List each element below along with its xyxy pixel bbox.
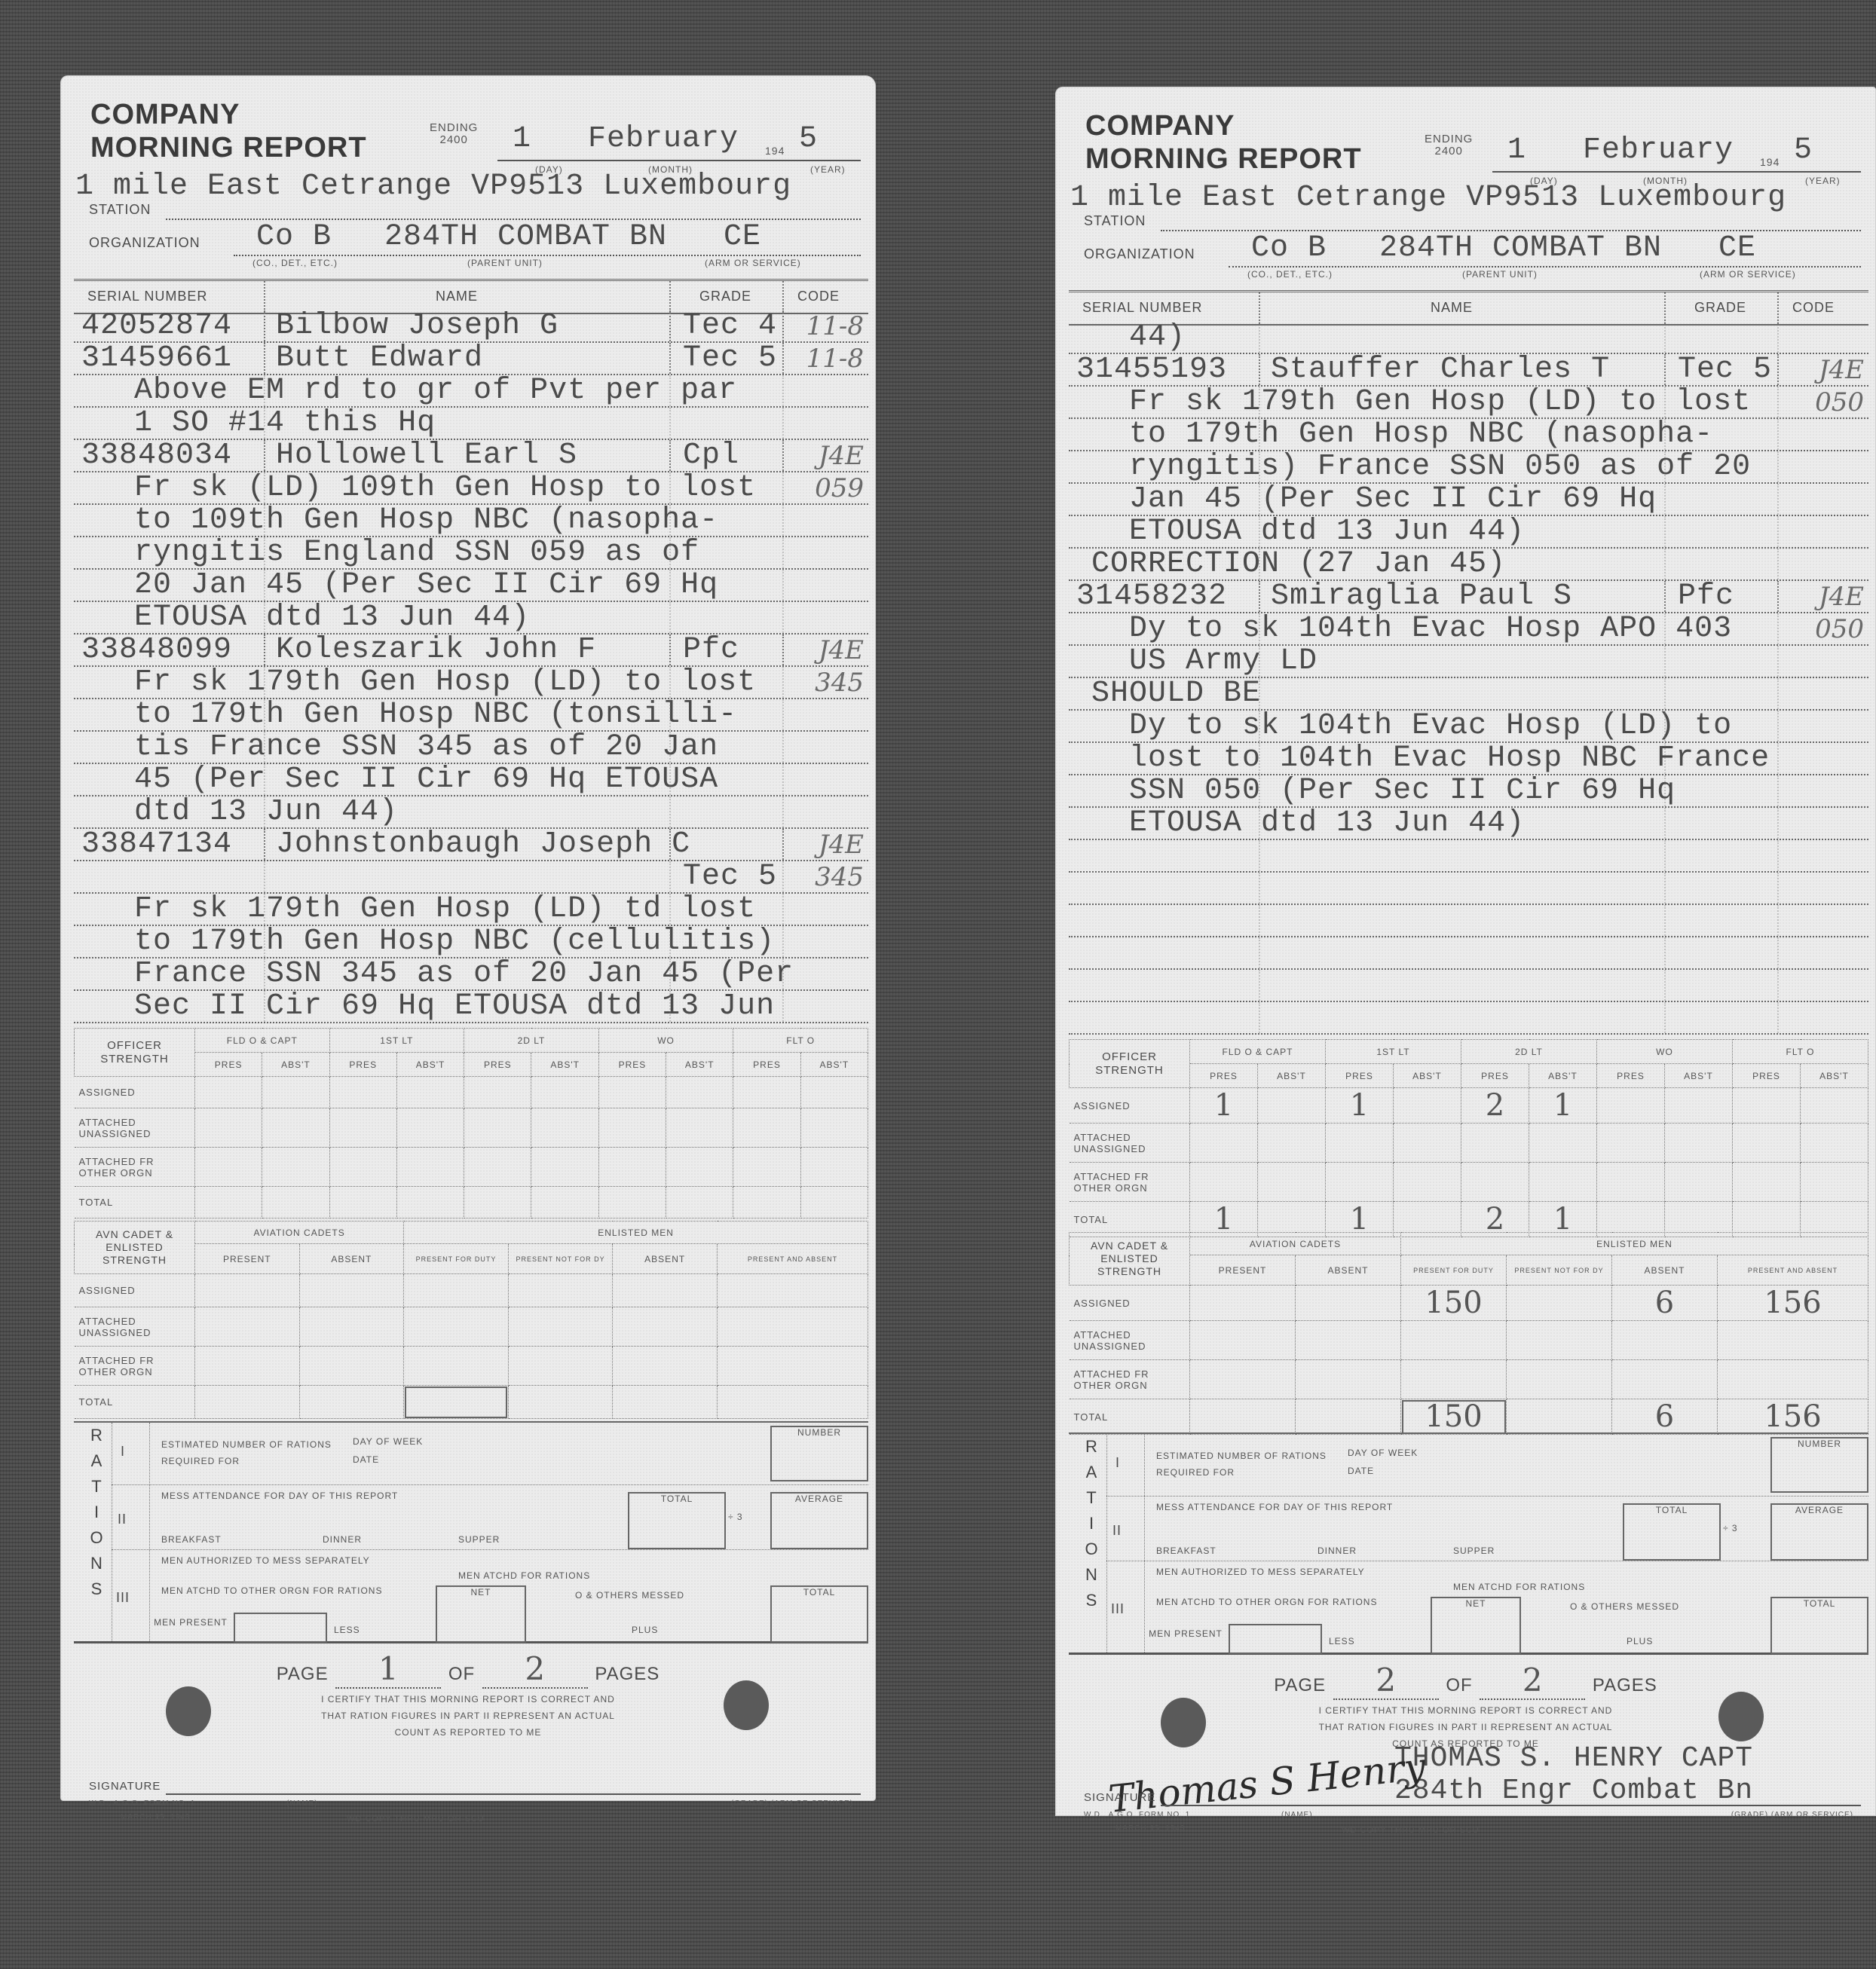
plus-label: PLUS [1627, 1636, 1653, 1646]
ending-label-1: ENDING [430, 122, 478, 134]
officer-count [666, 1108, 733, 1148]
officer-row-label: ASSIGNED [1070, 1088, 1190, 1124]
form-title: COMPANY MORNING REPORT [90, 98, 367, 164]
enlisted-grid: AVN CADET & ENLISTED STRENGTHAVIATION CA… [1069, 1232, 1868, 1435]
entry-row: tis France SSN 345 as of 20 Jan [74, 732, 868, 764]
enlisted-count: 6 [1612, 1399, 1718, 1435]
officer-count [1394, 1163, 1461, 1202]
officer-count [195, 1108, 262, 1148]
remark-text: France SSN 345 as of 20 Jan 45 (Per [96, 959, 794, 990]
number-label: NUMBER [1772, 1439, 1867, 1449]
remark-text: Fr sk 179th Gen Hosp (LD) td lost [96, 894, 756, 925]
enlisted-count [1507, 1321, 1612, 1360]
enlisted-col-header: PRESENT [1190, 1255, 1296, 1286]
section-i-label: I [1116, 1455, 1120, 1471]
enlisted-grid: AVN CADET & ENLISTED STRENGTHAVIATION CA… [74, 1221, 868, 1419]
entry-row: ryngitis) France SSN 050 as of 20 [1069, 451, 1868, 484]
enlisted-col-header: ABSENT [299, 1244, 404, 1274]
remark-text: SHOULD BE [1091, 678, 1261, 710]
date-label: DATE [1348, 1466, 1374, 1476]
entry-row: 42052874Bilbow Joseph GTec 411-8 [74, 310, 868, 343]
grade: Tec 5 [683, 861, 777, 893]
net-box[interactable]: NET [1431, 1597, 1521, 1654]
entry-row [1069, 970, 1868, 1002]
remark-text: Jan 45 (Per Sec II Cir 69 Hq [1091, 484, 1657, 515]
serial-number: 33848034 [81, 440, 232, 472]
org-company: Co B [256, 220, 332, 254]
dinner-label: DINNER [1317, 1546, 1357, 1556]
enlisted-count: 150 [1401, 1286, 1507, 1321]
enlisted-count: 150 [1401, 1399, 1507, 1435]
dinner-label: DINNER [323, 1534, 362, 1545]
date-year-value: 5 [1794, 133, 1813, 167]
pages-label: PAGES [1593, 1675, 1657, 1695]
enlisted-count [195, 1274, 300, 1307]
officer-sub-header: ABS'T [531, 1053, 598, 1077]
entry-row: Fr sk 179th Gen Hosp (LD) td lost [74, 894, 868, 926]
org-arm: CE [724, 220, 761, 254]
enlisted-count [195, 1347, 300, 1386]
officer-sub-header: PRES [464, 1053, 531, 1077]
officer-sub-header: ABS'T [800, 1053, 868, 1077]
rations-section: RATIONSIESTIMATED NUMBER OF RATIONS REQU… [74, 1421, 868, 1643]
entry-row: 1 SO #14 this Hq [74, 408, 868, 440]
officer-count [1597, 1088, 1665, 1124]
entries-header: SERIAL NUMBER NAME GRADE CODE [1069, 290, 1868, 326]
grade: Pfc [683, 634, 739, 666]
station-label: STATION [89, 202, 151, 218]
officer-group-header: FLT O [733, 1029, 868, 1053]
certify-line-2: THAT RATION FIGURES IN PART II REPRESENT… [60, 1708, 876, 1724]
entry-row: 33848099Koleszarik John FPfcJ4E [74, 634, 868, 667]
officer-count [262, 1108, 329, 1148]
certify-line-1: I CERTIFY THAT THIS MORNING REPORT IS CO… [60, 1691, 876, 1708]
officer-count [800, 1187, 868, 1218]
org-arm: CE [1718, 231, 1756, 265]
officer-count [733, 1148, 800, 1187]
entry-row: Dy to sk 104th Evac Hosp APO 403050 [1069, 613, 1868, 646]
total-label: TOTAL [1772, 1598, 1867, 1609]
officer-count [1394, 1124, 1461, 1163]
code-annotation: 050 [1815, 387, 1864, 418]
men-present-box[interactable] [1229, 1624, 1322, 1654]
enlisted-col-header: ABSENT [1612, 1255, 1718, 1286]
officer-count [666, 1148, 733, 1187]
serial-number: 33847134 [81, 829, 232, 861]
officer-sub-header: ABS'T [1258, 1064, 1326, 1088]
mess-attendance-label: MESS ATTENDANCE FOR DAY OF THIS REPORT [161, 1491, 398, 1501]
men-present-label: MEN PRESENT [149, 1617, 232, 1628]
grade-sublabel: (GRADE) (ARM OR SERVICE) [1731, 1811, 1853, 1819]
grade: Pfc [1678, 581, 1734, 613]
men-present-label: MEN PRESENT [1144, 1628, 1227, 1639]
enlisted-col-header: PRESENT FOR DUTY [1401, 1255, 1507, 1286]
entry-row [1069, 905, 1868, 937]
officer-row-label: ATTACHED UNASSIGNED [75, 1108, 195, 1148]
officer-count [195, 1148, 262, 1187]
officer-sub-header: PRES [1461, 1064, 1529, 1088]
officer-group-header: FLD O & CAPT [1190, 1040, 1326, 1064]
estimated-rations-label: ESTIMATED NUMBER OF RATIONS REQUIRED FOR [161, 1436, 335, 1469]
signature-label: SIGNATURE [1084, 1791, 1155, 1804]
date-year-value: 5 [799, 122, 818, 156]
signer-name: THOMAS S. HENRY CAPT [1394, 1742, 1753, 1775]
officer-count [598, 1108, 666, 1148]
grade-sublabel: (GRADE) (ARM OR SERVICE) [731, 1799, 853, 1808]
serial-number: 42052874 [81, 310, 232, 342]
remark-text: ETOUSA dtd 13 Jun 44) [1091, 516, 1525, 548]
enlisted-count [718, 1274, 868, 1307]
date-label: DATE [353, 1454, 379, 1465]
date-month-value: February [588, 122, 739, 156]
rations-letter: N [1076, 1562, 1106, 1588]
rations-letter: I [1076, 1511, 1106, 1536]
officer-count [1190, 1163, 1258, 1202]
enlisted-col-header: PRESENT AND ABSENT [718, 1244, 868, 1274]
officer-count [1258, 1163, 1326, 1202]
enlisted-count [1190, 1360, 1296, 1399]
officer-sub-header: PRES [1326, 1064, 1394, 1088]
officer-count [396, 1077, 464, 1108]
remark-text: ETOUSA dtd 13 Jun 44) [96, 602, 530, 634]
officer-count: 2 [1461, 1088, 1529, 1124]
enlisted-count [1612, 1321, 1718, 1360]
remark-text: ETOUSA dtd 13 Jun 44) [1091, 808, 1525, 839]
certify-line-3: COUNT AS REPORTED TO ME [60, 1724, 876, 1741]
certification-text: I CERTIFY THAT THIS MORNING REPORT IS CO… [60, 1691, 876, 1741]
footer: PAGE 2 OF 2 PAGES I CERTIFY THAT THIS MO… [1055, 1656, 1876, 1816]
officer-count [800, 1077, 868, 1108]
entry-row [1069, 840, 1868, 873]
name-sublabel: (NAME) [286, 1799, 318, 1808]
total-label: TOTAL [1624, 1505, 1719, 1515]
entry-row: US Army LD [1069, 646, 1868, 678]
remark-text: SSN 050 (Per Sec II Cir 69 Hq [1091, 775, 1676, 807]
enlisted-col-header: PRESENT FOR DUTY [404, 1244, 509, 1274]
form-date: MARCH 15, 1943 [1116, 1824, 1185, 1833]
others-messed-label: O & OTHERS MESSED [556, 1590, 684, 1601]
entry-row: Dy to sk 104th Evac Hosp (LD) to [1069, 711, 1868, 743]
entry-row: Fr sk (LD) 109th Gen Hosp to lost059 [74, 472, 868, 505]
code-annotation: 345 [815, 861, 864, 893]
entry-row: France SSN 345 as of 20 Jan 45 (Per [74, 959, 868, 991]
entry-row: 33848034Hollowell Earl SCplJ4E [74, 440, 868, 472]
men-authorized-label: MEN AUTHORIZED TO MESS SEPARATELY [161, 1555, 387, 1566]
organization-line [234, 255, 861, 256]
officer-count [1665, 1163, 1733, 1202]
net-box[interactable]: NET [436, 1585, 526, 1643]
officer-count [1801, 1163, 1868, 1202]
remark-text: CORRECTION (27 Jan 45) [1091, 549, 1506, 580]
of-label: OF [448, 1664, 475, 1684]
soldier-name: Smiraglia Paul S [1271, 581, 1572, 613]
officer-sub-header: ABS'T [396, 1053, 464, 1077]
certify-line-2: THAT RATION FIGURES IN PART II REPRESENT… [1055, 1719, 1876, 1735]
section-ii-label: II [1112, 1523, 1122, 1539]
soldier-name: Koleszarik John F [276, 634, 596, 666]
officer-sub-header: PRES [1733, 1064, 1801, 1088]
rations-total-box[interactable]: TOTAL [770, 1585, 868, 1643]
entry-row: ETOUSA dtd 13 Jun 44) [1069, 516, 1868, 549]
officer-sub-header: PRES [598, 1053, 666, 1077]
form-number: W.D., A.G.O. FORM NO. 1 [89, 1799, 195, 1808]
officer-count [800, 1108, 868, 1148]
officer-count [1665, 1088, 1733, 1124]
enlisted-count [613, 1274, 718, 1307]
officer-count [598, 1148, 666, 1187]
divide-by-three: ÷ 3 [1723, 1523, 1738, 1533]
entry-row: dtd 13 Jun 44) [74, 796, 868, 829]
enlisted-strength-label: AVN CADET & ENLISTED STRENGTH [75, 1221, 195, 1274]
men-authorized-label: MEN AUTHORIZED TO MESS SEPARATELY [1156, 1567, 1382, 1577]
signature-line [166, 1793, 861, 1795]
col-serial-number: SERIAL NUMBER [87, 289, 207, 304]
officer-count [598, 1077, 666, 1108]
serial-number: 33848099 [81, 634, 232, 666]
soldier-name: Stauffer Charles T [1271, 354, 1610, 386]
officer-count [195, 1187, 262, 1218]
officer-count [1597, 1124, 1665, 1163]
officer-count [396, 1148, 464, 1187]
org-company: Co B [1251, 231, 1327, 265]
rations-total-box[interactable]: TOTAL [1770, 1597, 1868, 1654]
soldier-name: Bilbow Joseph G [276, 310, 559, 342]
soldier-name: Butt Edward [276, 343, 483, 375]
entries-list: 42052874Bilbow Joseph GTec 411-831459661… [74, 310, 868, 1023]
pages-label: PAGES [595, 1664, 660, 1684]
enlisted-count [1190, 1321, 1296, 1360]
officer-count [1258, 1088, 1326, 1124]
officer-count [262, 1077, 329, 1108]
enlisted-col-header: PRESENT NOT FOR DY [508, 1244, 613, 1274]
col-code: CODE [1792, 300, 1835, 316]
men-attached-rations-label: MEN ATCHD FOR RATIONS [458, 1570, 590, 1581]
enlisted-count [613, 1347, 718, 1386]
officer-count [733, 1187, 800, 1218]
men-present-box[interactable] [234, 1613, 327, 1643]
remark-text: tis France SSN 345 as of 20 Jan [96, 732, 718, 763]
rations-letter: S [1076, 1588, 1106, 1613]
average-label: AVERAGE [772, 1494, 867, 1504]
morning-report-page-2: COMPANY MORNING REPORT ENDING 2400 1 Feb… [1055, 87, 1876, 1816]
officer-sub-header: ABS'T [1801, 1064, 1868, 1088]
officer-sub-header: PRES [733, 1053, 800, 1077]
average-box[interactable]: AVERAGE [1770, 1503, 1868, 1561]
entry-row: SSN 050 (Per Sec II Cir 69 Hq [1069, 775, 1868, 808]
officer-count [800, 1148, 868, 1187]
enlisted-row-label: ASSIGNED [75, 1274, 195, 1307]
officer-sub-header: ABS'T [666, 1053, 733, 1077]
enlisted-count [299, 1386, 404, 1419]
enlisted-count [299, 1307, 404, 1347]
enlisted-count [508, 1386, 613, 1419]
enlisted-count [1507, 1360, 1612, 1399]
mess-attendance-label: MESS ATTENDANCE FOR DAY OF THIS REPORT [1156, 1502, 1393, 1512]
officer-count [1258, 1124, 1326, 1163]
form-title-line2: MORNING REPORT [1085, 142, 1362, 176]
code-annotation: J4E [819, 829, 864, 861]
enlisted-men-header: ENLISTED MEN [1401, 1233, 1868, 1255]
code-annotation: 345 [815, 667, 864, 699]
officer-count [262, 1187, 329, 1218]
remark-text: US Army LD [1091, 646, 1317, 677]
enlisted-count [613, 1386, 718, 1419]
entry-row: 44) [1069, 322, 1868, 354]
number-box[interactable]: NUMBER [770, 1426, 868, 1481]
men-attached-rations-label: MEN ATCHD FOR RATIONS [1453, 1582, 1585, 1592]
officer-sub-header: PRES [195, 1053, 262, 1077]
remark-text: ryngitis England SSN 059 as of [96, 537, 699, 569]
ending-label-2: 2400 [430, 134, 478, 146]
mess-total-box[interactable]: TOTAL [1623, 1503, 1721, 1561]
enlisted-count: 156 [1718, 1286, 1868, 1321]
officer-row-label: ASSIGNED [75, 1077, 195, 1108]
signature-line [1161, 1805, 1861, 1806]
enlisted-col-header: PRESENT AND ABSENT [1718, 1255, 1868, 1286]
average-box[interactable]: AVERAGE [770, 1492, 868, 1549]
officer-count [531, 1108, 598, 1148]
officer-count [262, 1148, 329, 1187]
officer-group-header: WO [1597, 1040, 1733, 1064]
code-annotation: 059 [815, 472, 864, 504]
others-messed-label: O & OTHERS MESSED [1551, 1601, 1679, 1612]
page-total: 2 [482, 1650, 588, 1689]
grade: Tec 5 [683, 343, 777, 375]
number-box[interactable]: NUMBER [1770, 1437, 1868, 1493]
enlisted-row-label: ATTACHED UNASSIGNED [75, 1307, 195, 1347]
enlisted-row-label: ATTACHED UNASSIGNED [1070, 1321, 1190, 1360]
morning-report-card: COMPANY MORNING REPORT ENDING 2400 1 Feb… [60, 75, 876, 1801]
form-number: W.D., A.G.O. FORM NO. 1 [1084, 1811, 1190, 1819]
page-label: PAGE [277, 1664, 329, 1684]
estimated-rations-label: ESTIMATED NUMBER OF RATIONS REQUIRED FOR [1156, 1448, 1330, 1481]
enlisted-count [404, 1386, 509, 1419]
number-label: NUMBER [772, 1427, 867, 1438]
officer-strength-label: OFFICER STRENGTH [75, 1029, 195, 1077]
enlisted-strength-table: AVN CADET & ENLISTED STRENGTHAVIATION CA… [1069, 1232, 1868, 1435]
org-sub-company: (CO., DET., ETC.) [252, 258, 338, 268]
rations-letter: T [1076, 1485, 1106, 1511]
col-grade: GRADE [699, 289, 751, 304]
enlisted-men-header: ENLISTED MEN [404, 1221, 868, 1244]
wd-copy-note: WD COPY THRU MRU OR SCU [347, 1815, 485, 1824]
rations-letter: A [81, 1448, 112, 1474]
enlisted-count [404, 1274, 509, 1307]
enlisted-count [1190, 1399, 1296, 1435]
section-ii-label: II [118, 1512, 127, 1527]
officer-grid: OFFICER STRENGTHFLD O & CAPT1ST LT2D LTW… [74, 1028, 868, 1218]
entry-row: 31458232Smiraglia Paul SPfcJ4E [1069, 581, 1868, 613]
remark-text: dtd 13 Jun 44) [96, 796, 398, 828]
rations-letter: S [81, 1576, 112, 1602]
name-sublabel: (NAME) [1281, 1811, 1313, 1819]
officer-row-label: TOTAL [75, 1187, 195, 1218]
entries-list: 44)31455193Stauffer Charles TTec 5J4E Fr… [1069, 322, 1868, 1035]
form-title-line1: COMPANY [90, 98, 367, 131]
soldier-name: Johnstonbaugh Joseph C [276, 829, 690, 861]
officer-count [396, 1187, 464, 1218]
rations-letter: R [81, 1423, 112, 1448]
serial-number: 31459661 [81, 343, 232, 375]
supper-label: SUPPER [1453, 1546, 1495, 1556]
enlisted-count [1401, 1360, 1507, 1399]
day-of-week-label: DAY OF WEEK [1348, 1448, 1418, 1458]
date-sub-year: (YEAR) [810, 164, 846, 175]
officer-group-header: 2D LT [464, 1029, 599, 1053]
officer-strength-table: OFFICER STRENGTHFLD O & CAPT1ST LT2D LTW… [1069, 1039, 1868, 1237]
code-annotation: 050 [1815, 613, 1864, 645]
enlisted-row-label: ATTACHED FR OTHER ORGN [1070, 1360, 1190, 1399]
date-day-value: 1 [1507, 133, 1526, 167]
entry-row: ryngitis England SSN 059 as of [74, 537, 868, 570]
aviation-cadets-header: AVIATION CADETS [1190, 1233, 1401, 1255]
net-label: NET [1432, 1598, 1519, 1609]
mess-total-box[interactable]: TOTAL [628, 1492, 726, 1549]
officer-count [1461, 1124, 1529, 1163]
entry-row: CORRECTION (27 Jan 45) [1069, 549, 1868, 581]
serial-number: 31458232 [1076, 581, 1227, 613]
officer-count [1394, 1088, 1461, 1124]
officer-sub-header: PRES [1190, 1064, 1258, 1088]
officer-count [396, 1108, 464, 1148]
officer-count [531, 1187, 598, 1218]
station-value: 1 mile East Cetrange VP9513 Luxembourg [75, 170, 791, 203]
org-parent-unit: 284TH COMBAT BN [1379, 231, 1662, 265]
officer-sub-header: ABS'T [1529, 1064, 1597, 1088]
remark-text: lost to 104th Evac Hosp NBC France [1091, 743, 1770, 775]
entry-row: SHOULD BE [1069, 678, 1868, 711]
remark-text: ryngitis) France SSN 050 as of 20 [1091, 451, 1751, 483]
page-label: PAGE [1274, 1675, 1326, 1695]
entry-row: Tec 5345 [74, 861, 868, 894]
enlisted-row-label: ATTACHED FR OTHER ORGN [75, 1347, 195, 1386]
enlisted-count [404, 1347, 509, 1386]
officer-group-header: 1ST LT [329, 1029, 464, 1053]
enlisted-count [1296, 1360, 1401, 1399]
officer-count [1801, 1088, 1868, 1124]
enlisted-count [1190, 1286, 1296, 1321]
col-name: NAME [1431, 300, 1473, 316]
officer-count [1733, 1124, 1801, 1163]
remark-text: 44) [1091, 322, 1186, 353]
officer-sub-header: ABS'T [1394, 1064, 1461, 1088]
officer-strength-table: OFFICER STRENGTHFLD O & CAPT1ST LT2D LTW… [74, 1028, 868, 1218]
remark-text: to 179th Gen Hosp NBC (cellulitis) [96, 926, 775, 958]
officer-count [598, 1187, 666, 1218]
enlisted-count: 156 [1718, 1399, 1868, 1435]
entry-row: lost to 104th Evac Hosp NBC France [1069, 743, 1868, 775]
remark-text: to 179th Gen Hosp NBC (nasopha- [1091, 419, 1713, 451]
remark-text: 1 SO #14 this Hq [96, 408, 436, 439]
officer-count [733, 1077, 800, 1108]
officer-row-label: ATTACHED FR OTHER ORGN [75, 1148, 195, 1187]
date-line [1492, 171, 1861, 173]
entry-row: to 179th Gen Hosp NBC (tonsilli- [74, 699, 868, 732]
organization-label: ORGANIZATION [1084, 246, 1195, 262]
page-number: 1 [335, 1650, 441, 1689]
officer-count [464, 1187, 531, 1218]
officer-row-label: ATTACHED FR OTHER ORGN [1070, 1163, 1190, 1202]
breakfast-label: BREAKFAST [161, 1534, 222, 1545]
grade: Tec 4 [683, 310, 777, 342]
col-grade: GRADE [1694, 300, 1746, 316]
enlisted-count [404, 1307, 509, 1347]
of-label: OF [1446, 1675, 1472, 1695]
form-title-line1: COMPANY [1085, 109, 1362, 142]
less-label: LESS [1329, 1636, 1355, 1646]
enlisted-count [1296, 1321, 1401, 1360]
col-serial-number: SERIAL NUMBER [1082, 300, 1202, 316]
